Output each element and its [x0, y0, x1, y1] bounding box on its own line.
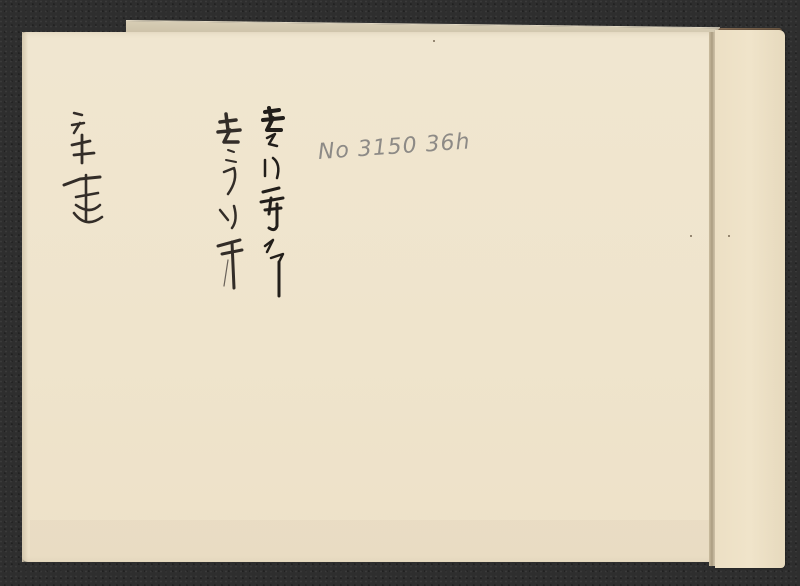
- paper-speck: [690, 235, 692, 237]
- calligraphy-column-middle: [214, 110, 250, 300]
- page-left-edge: [22, 32, 28, 562]
- calligraphy-column-right: [255, 100, 295, 310]
- page-lower-band: [30, 520, 714, 560]
- manuscript-page: [22, 32, 714, 562]
- scanned-document: No 3150 36h: [0, 0, 800, 586]
- folded-flap: [715, 30, 785, 568]
- paper-speck: [433, 40, 435, 42]
- calligraphy-column-left: [60, 105, 110, 235]
- paper-speck: [728, 235, 730, 237]
